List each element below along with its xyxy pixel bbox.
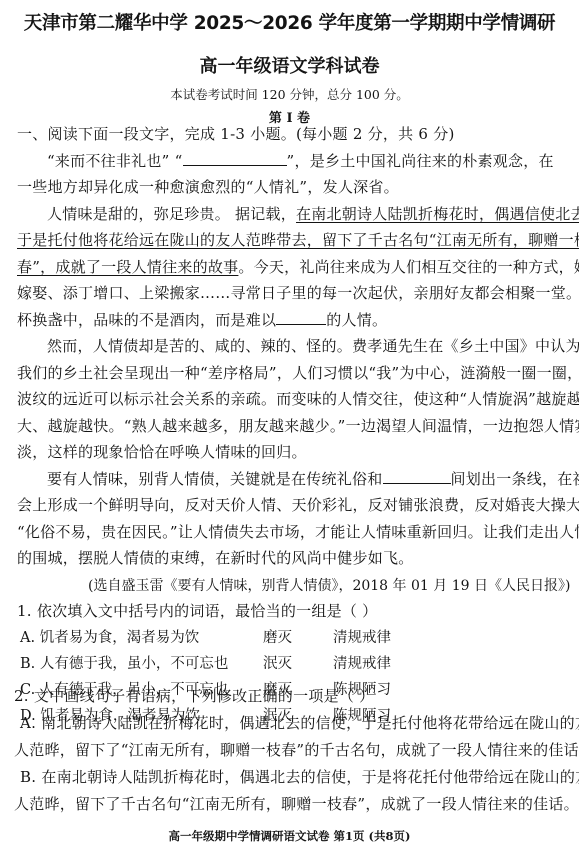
- passage-p2-line5: 杯换盏中，品味的不是酒肉，而是难以的人情。: [17, 310, 571, 330]
- passage-text: “来而不往非礼也” “: [47, 152, 183, 170]
- option-idiom: 清规戒律: [333, 628, 391, 648]
- passage-p2-line3: 春”，成就了一段人情往来的故事。今天，礼尚往来成为人们相互交往的一种方式，婚丧: [17, 257, 571, 277]
- underlined-sentence: 在南北朝诗人陆凯折梅花时，偶遇信使北去，: [296, 205, 579, 223]
- question-1-stem: 1. 依次填入文中括号内的词语，最恰当的一组是（ ）: [17, 601, 571, 621]
- exam-time-note: 本试卷考试时间 120 分钟，总分 100 分。: [0, 85, 579, 103]
- fill-blank-1: [183, 151, 287, 166]
- underlined-sentence: 于是托付他将花给远在陇山的友人范晔带去，留下了千古名句“江南无所有，聊赠一枝: [17, 231, 579, 249]
- passage-p3-line2: 我们的乡土社会呈现出一种“差序格局”，人们习惯以“我”为中心，涟漪般一圈一圈，: [17, 363, 571, 383]
- question-2-option-a-line2: 人范晔，留下了“江南无所有，聊赠一枝春”的千古名句，成就了一段人情往来的佳话。: [14, 740, 571, 760]
- fill-blank-2: [276, 310, 326, 325]
- passage-p4-line1: 要有人情味，别背人情债，关键就是在传统礼俗和间划出一条线，在社: [17, 469, 571, 489]
- passage-p4-line2: 会上形成一个鲜明导向，反对天价人情、天价彩礼，反对铺张浪费，反对婚丧大操大办。: [17, 495, 571, 515]
- question-2-option-b-line2: 人范晔，留下了千古名句“江南无所有，聊赠一枝春”，成就了一段人情往来的佳话。: [14, 794, 571, 814]
- option-phrase: 饥者易为食，渴者易为饮: [40, 630, 200, 646]
- passage-p2-line2: 于是托付他将花给远在陇山的友人范晔带去，留下了千古名句“江南无所有，聊赠一枝: [17, 230, 571, 250]
- exam-page: 天津市第二耀华中学 2025～2026 学年度第一学期期中学情调研 高一年级语文…: [0, 0, 579, 865]
- option-label: B.: [20, 768, 36, 786]
- passage-source: (选自盛玉雷《要有人情味，别背人情债》，2018 年 01 月 19 日《人民日…: [88, 575, 570, 595]
- passage-p1-line2: 一些地方却异化成一种愈演愈烈的“人情礼”，发人深省。: [17, 177, 571, 197]
- passage-p2-line1: 人情味是甜的，弥足珍贵。 据记载，在南北朝诗人陆凯折梅花时，偶遇信使北去，: [17, 204, 571, 224]
- option-label: B.: [20, 656, 35, 672]
- page-footer: 高一年级期中学情调研语文试卷 第1页 (共8页): [0, 828, 579, 844]
- passage-p3-line1: 然而，人情债却是苦的、咸的、辣的、怪的。费孝通先生在《乡土中国》中认为，: [17, 336, 571, 356]
- passage-text: 杯换盏中，品味的不是酒肉，而是难以: [17, 311, 276, 329]
- option-label: A.: [20, 714, 36, 732]
- passage-text: 。今天，礼尚往来成为人们相互交往的一种方式，婚丧: [238, 258, 579, 276]
- question-2-option-b-line1: B. 在南北朝诗人陆凯折梅花时，偶遇北去的信使，于是将花托付他带给远在陇山的友: [20, 767, 571, 787]
- fill-blank-3: [383, 469, 451, 484]
- passage-p4-line4: 的围城，摆脱人情债的束缚，在新时代的风尚中健步如飞。: [17, 548, 571, 568]
- option-idiom: 清规戒律: [333, 654, 391, 674]
- passage-text: ”，是乡土中国礼尚往来的朴素观念，在: [287, 152, 554, 170]
- question-2-option-a-line1: A. 南北朝诗人陆凯在折梅花时，偶遇北去的信使，于是托付他将花带给远在陇山的友: [20, 713, 571, 733]
- section-heading: 一、阅读下面一段文字，完成 1-3 小题。(每小题 2 分，共 6 分): [17, 124, 571, 144]
- exam-subtitle: 高一年级语文学科试卷: [0, 52, 579, 78]
- passage-p1-line1: “来而不往非礼也” “”，是乡土中国礼尚往来的朴素观念，在: [17, 151, 571, 171]
- option-word: 泯灭: [263, 654, 292, 674]
- passage-p3-line4: 大、越旋越快。“熟人越来越多，朋友越来越少。”一边渴望人间温情，一边抱怨人情寡: [17, 416, 571, 436]
- exam-title: 天津市第二耀华中学 2025～2026 学年度第一学期期中学情调研: [0, 9, 579, 35]
- passage-p2-line4: 嫁娶、添丁增口、上梁搬家……寻常日子里的每一次起伏，亲朋好友都会相聚一堂。推: [17, 283, 571, 303]
- option-word: 磨灭: [263, 628, 292, 648]
- underlined-sentence: 春”，成就了一段人情往来的故事: [17, 258, 238, 276]
- option-text: 在南北朝诗人陆凯折梅花时，偶遇北去的信使，于是将花托付他带给远在陇山的友: [41, 768, 579, 786]
- passage-text: 人情味是甜的，弥足珍贵。 据记载，: [47, 205, 296, 223]
- passage-text: 要有人情味，别背人情债，关键就是在传统礼俗和: [47, 470, 383, 488]
- passage-p3-line3: 波纹的远近可以标示社会关系的亲疏。而变味的人情交往，使这种“人情旋涡”越旋越: [17, 389, 571, 409]
- option-label: A.: [20, 630, 35, 646]
- option-phrase: 人有德于我，虽小，不可忘也: [40, 656, 229, 672]
- passage-text: 间划出一条线，在社: [451, 470, 579, 488]
- question-2-stem: 2. 文中画线句子有语病，下列修改正确的一项是（ ）: [14, 686, 571, 706]
- passage-p4-line3: “化俗不易，贵在因民。”让人情债失去市场，才能让人情味重新回归。让我们走出人情: [17, 522, 571, 542]
- passage-p3-line5: 淡，这样的现象恰恰在呼唤人情味的回归。: [17, 442, 571, 462]
- passage-text: 的人情。: [326, 311, 387, 329]
- option-text: 南北朝诗人陆凯在折梅花时，偶遇北去的信使，于是托付他将花带给远在陇山的友: [41, 714, 579, 732]
